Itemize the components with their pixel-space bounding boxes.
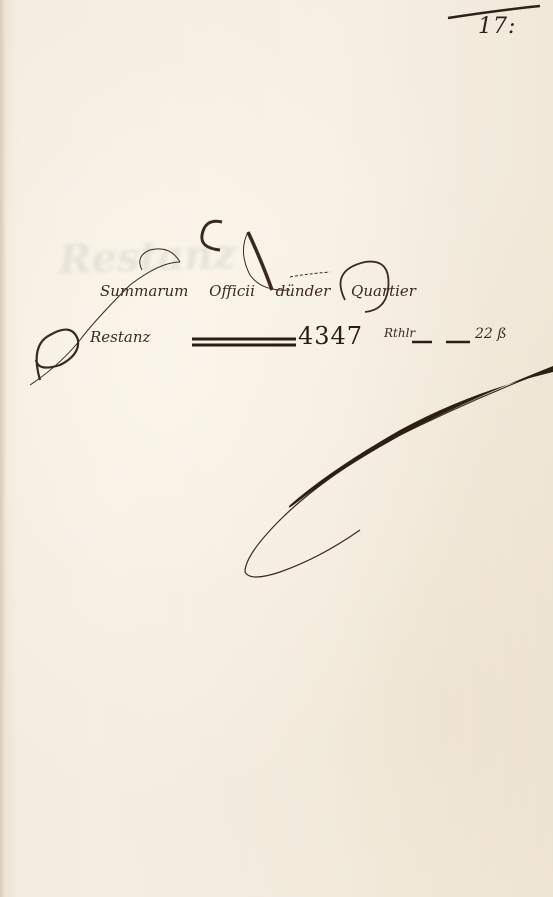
word-summarum: Summarum bbox=[100, 282, 188, 300]
flourish-capital-s-icon bbox=[30, 221, 222, 385]
restanz-label: Restanz bbox=[90, 328, 150, 346]
word-quartier: Quartier bbox=[351, 282, 416, 300]
word-officii: Officii bbox=[209, 282, 255, 300]
cancel-stroke-icon bbox=[245, 366, 553, 577]
currency-unit: Rthlr bbox=[384, 326, 415, 340]
restanz-amount: 4347 bbox=[298, 322, 363, 350]
ledger-line-summarum: Summarum Officii dünder Quartier bbox=[100, 282, 432, 300]
pen-strokes bbox=[0, 0, 553, 897]
double-rule bbox=[192, 339, 296, 345]
sub-amount: 22 ß bbox=[475, 326, 507, 342]
word-dunder: dünder bbox=[276, 282, 331, 300]
folio-underline-stroke bbox=[448, 6, 540, 18]
